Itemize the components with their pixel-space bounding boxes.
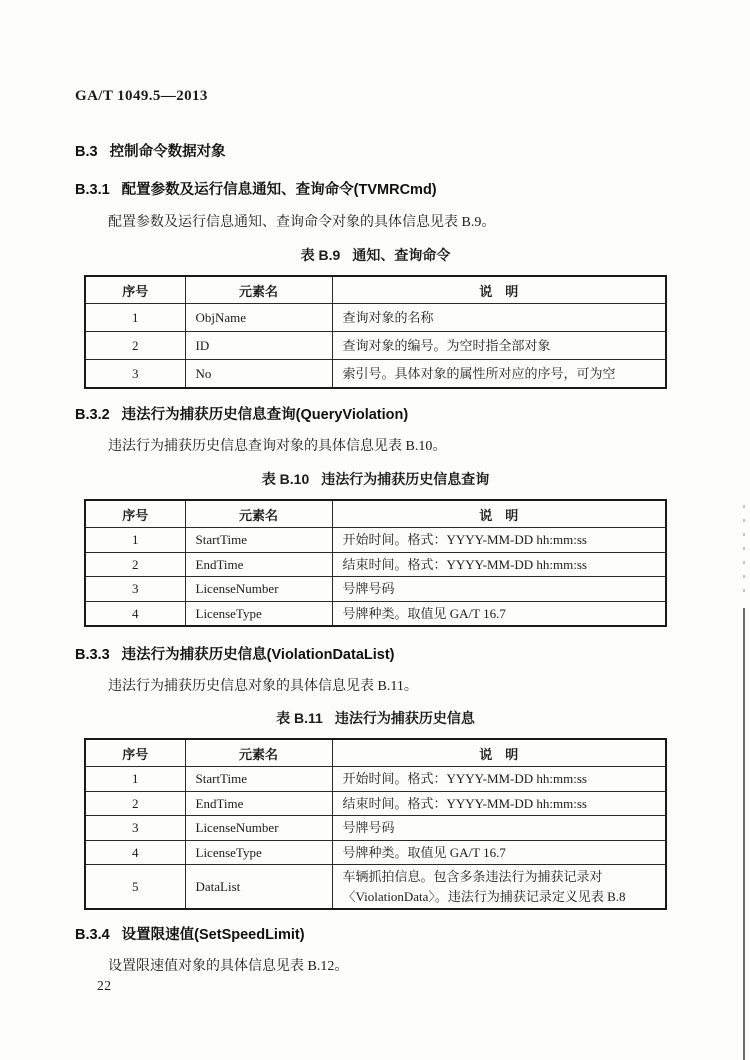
section-number: B.3.4 [75,927,110,943]
doc-header: GA/T 1049.5—2013 [75,88,675,105]
cell-name: No [185,360,332,389]
cell-name: LicenseNumber [185,577,332,602]
table-block-b11: 表 B.11违法行为捕获历史信息 序号 元素名 说 明 1 S [84,708,667,910]
table-block-b10: 表 B.10违法行为捕获历史信息查询 序号 元素名 说 明 1 [84,469,667,627]
paragraph-b32: 违法行为捕获历史信息查询对象的具体信息见表 B.10。 [108,438,675,456]
section-heading-b31: B.3.1配置参数及运行信息通知、查询命令(TVMRCmd) [75,181,675,199]
cell-name: DataList [185,865,332,910]
scan-artifact-specks [743,505,745,600]
cell-no: 4 [85,840,185,865]
table-row: 4 LicenseType 号牌种类。取值见 GA/T 16.7 [85,601,666,626]
col-header-desc: 说 明 [332,739,666,767]
cell-no: 2 [85,552,185,577]
cell-desc: 号牌号码 [332,816,666,841]
cell-name: EndTime [185,791,332,816]
section-heading-b32: B.3.2违法行为捕获历史信息查询(QueryViolation) [75,406,675,424]
cell-desc: 查询对象的编号。为空时指全部对象 [332,332,666,360]
cell-desc: 开始时间。格式：YYYY-MM-DD hh:mm:ss [332,528,666,553]
cell-no: 3 [85,360,185,389]
cell-no: 2 [85,332,185,360]
table-caption-label: 表 B.10 [262,471,309,487]
cell-desc: 号牌种类。取值见 GA/T 16.7 [332,601,666,626]
paragraph-b31: 配置参数及运行信息通知、查询命令对象的具体信息见表 B.9。 [108,214,675,232]
table-row: 2 ID 查询对象的编号。为空时指全部对象 [85,332,666,360]
col-header-no: 序号 [85,500,185,528]
section-number: B.3 [75,144,98,160]
cell-no: 1 [85,767,185,792]
table-caption-label: 表 B.11 [276,710,323,726]
table-block-b9: 表 B.9通知、查询命令 序号 元素名 说 明 1 ObjNa [84,245,667,389]
paragraph-b33: 违法行为捕获历史信息对象的具体信息见表 B.11。 [108,678,675,696]
section-heading-b34: B.3.4设置限速值(SetSpeedLimit) [75,926,675,944]
table-caption-label: 表 B.9 [301,247,341,263]
table-row: 5 DataList 车辆抓拍信息。包含多条违法行为捕获记录对〈Violatio… [85,865,666,910]
table-header-row: 序号 元素名 说 明 [85,739,666,767]
table-row: 3 LicenseNumber 号牌号码 [85,577,666,602]
cell-name: LicenseType [185,840,332,865]
table-caption-b11: 表 B.11违法行为捕获历史信息 [84,708,667,728]
paragraph-b34: 设置限速值对象的具体信息见表 B.12。 [108,958,675,976]
page-content: GA/T 1049.5—2013 B.3控制命令数据对象 B.3.1配置参数及运… [75,0,675,976]
table-row: 2 EndTime 结束时间。格式：YYYY-MM-DD hh:mm:ss [85,552,666,577]
cell-desc: 结束时间。格式：YYYY-MM-DD hh:mm:ss [332,791,666,816]
cell-name: ID [185,332,332,360]
section-title: 设置限速值(SetSpeedLimit) [122,927,305,943]
col-header-name: 元素名 [185,739,332,767]
section-number: B.3.3 [75,647,110,663]
table-row: 3 No 索引号。具体对象的属性所对应的序号，可为空 [85,360,666,389]
table-header-row: 序号 元素名 说 明 [85,500,666,528]
table-row: 1 StartTime 开始时间。格式：YYYY-MM-DD hh:mm:ss [85,767,666,792]
col-header-no: 序号 [85,739,185,767]
section-number: B.3.1 [75,182,110,198]
col-header-name: 元素名 [185,500,332,528]
cell-no: 1 [85,528,185,553]
cell-name: LicenseType [185,601,332,626]
cell-desc: 开始时间。格式：YYYY-MM-DD hh:mm:ss [332,767,666,792]
table-caption-b9: 表 B.9通知、查询命令 [84,245,667,265]
cell-no: 1 [85,304,185,332]
table-b10: 序号 元素名 说 明 1 StartTime 开始时间。格式：YYYY-MM-D… [84,499,667,627]
cell-desc: 号牌种类。取值见 GA/T 16.7 [332,840,666,865]
table-row: 4 LicenseType 号牌种类。取值见 GA/T 16.7 [85,840,666,865]
col-header-no: 序号 [85,276,185,304]
table-b9: 序号 元素名 说 明 1 ObjName 查询对象的名称 [84,275,667,389]
cell-no: 3 [85,577,185,602]
cell-name: EndTime [185,552,332,577]
document-page: GA/T 1049.5—2013 B.3控制命令数据对象 B.3.1配置参数及运… [0,0,750,1060]
section-number: B.3.2 [75,407,110,423]
section-title: 配置参数及运行信息通知、查询命令(TVMRCmd) [122,182,437,198]
table-header-row: 序号 元素名 说 明 [85,276,666,304]
cell-no: 4 [85,601,185,626]
col-header-name: 元素名 [185,276,332,304]
section-heading-b33: B.3.3违法行为捕获历史信息(ViolationDataList) [75,646,675,664]
scan-edge-line [743,608,745,1060]
cell-no: 3 [85,816,185,841]
cell-name: StartTime [185,767,332,792]
table-row: 3 LicenseNumber 号牌号码 [85,816,666,841]
cell-name: ObjName [185,304,332,332]
cell-desc: 车辆抓拍信息。包含多条违法行为捕获记录对〈ViolationData〉。违法行为… [332,865,666,910]
table-caption-b10: 表 B.10违法行为捕获历史信息查询 [84,469,667,489]
section-title: 违法行为捕获历史信息(ViolationDataList) [122,647,395,663]
page-number: 22 [97,978,112,994]
table-row: 1 ObjName 查询对象的名称 [85,304,666,332]
col-header-desc: 说 明 [332,500,666,528]
cell-desc: 索引号。具体对象的属性所对应的序号，可为空 [332,360,666,389]
table-b11: 序号 元素名 说 明 1 StartTime 开始时间。格式：YYYY-MM-D… [84,738,667,910]
section-heading-b3: B.3控制命令数据对象 [75,143,675,161]
section-title: 控制命令数据对象 [110,144,226,160]
table-caption-title: 违法行为捕获历史信息查询 [321,471,489,487]
cell-desc: 查询对象的名称 [332,304,666,332]
table-caption-title: 通知、查询命令 [352,247,450,263]
cell-name: LicenseNumber [185,816,332,841]
cell-name: StartTime [185,528,332,553]
cell-no: 5 [85,865,185,910]
cell-desc: 结束时间。格式：YYYY-MM-DD hh:mm:ss [332,552,666,577]
table-row: 1 StartTime 开始时间。格式：YYYY-MM-DD hh:mm:ss [85,528,666,553]
cell-desc: 号牌号码 [332,577,666,602]
section-title: 违法行为捕获历史信息查询(QueryViolation) [122,407,409,423]
col-header-desc: 说 明 [332,276,666,304]
table-caption-title: 违法行为捕获历史信息 [335,710,475,726]
table-row: 2 EndTime 结束时间。格式：YYYY-MM-DD hh:mm:ss [85,791,666,816]
cell-no: 2 [85,791,185,816]
